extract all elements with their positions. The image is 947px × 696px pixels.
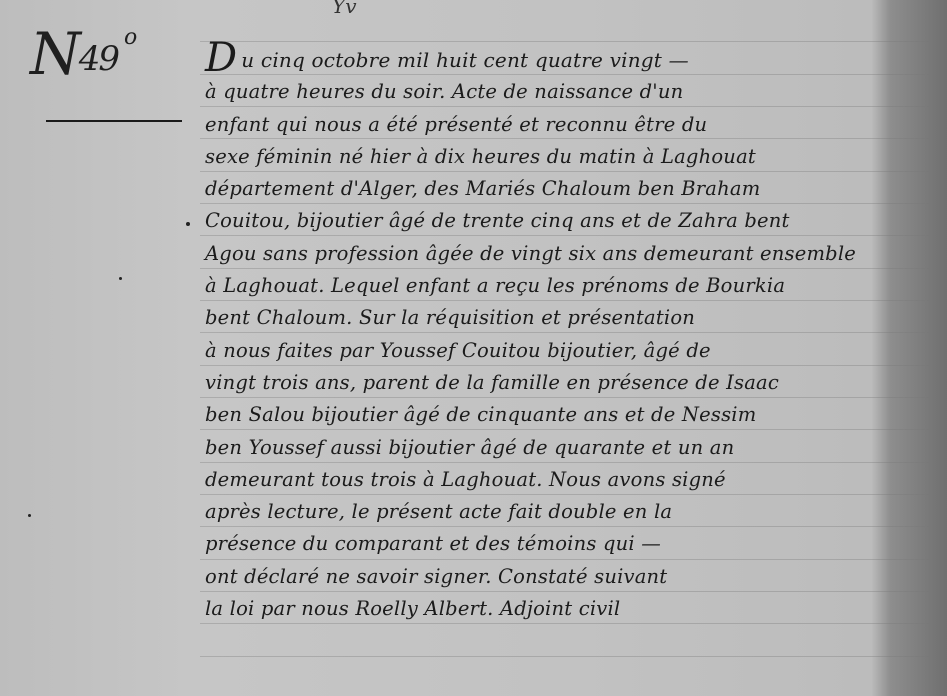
text-line: Du cinq octobre mil huit cent quatre vin… — [205, 44, 925, 76]
text-line: après lecture, le présent acte fait doub… — [205, 496, 925, 528]
top-annotation: Yv — [332, 0, 357, 18]
text-line: à quatre heures du soir. Acte de naissan… — [205, 76, 925, 108]
ruled-line — [200, 41, 930, 42]
act-text: Du cinq octobre mil huit cent quatre vin… — [205, 44, 925, 625]
act-number-underline — [46, 120, 182, 122]
text-line: la loi par nous Roelly Albert. Adjoint c… — [205, 593, 925, 625]
act-number-value: 49 — [79, 39, 118, 79]
ink-speck — [186, 222, 190, 226]
text-line: à nous faites par Youssef Couitou bijout… — [205, 335, 925, 367]
act-number: N49o — [30, 20, 135, 88]
ink-speck — [28, 514, 31, 517]
text-line: ont déclaré ne savoir signer. Constaté s… — [205, 561, 925, 593]
text-line: Agou sans profession âgée de vingt six a… — [205, 238, 925, 270]
drop-cap: D — [205, 35, 237, 81]
text-line: demeurant tous trois à Laghouat. Nous av… — [205, 464, 925, 496]
text-line: vingt trois ans, parent de la famille en… — [205, 367, 925, 399]
text-line: présence du comparant et des témoins qui… — [205, 528, 925, 560]
act-number-superscript: o — [124, 25, 135, 50]
text-line: Couitou, bijoutier âgé de trente cinq an… — [205, 205, 925, 237]
text-line: ben Youssef aussi bijoutier âgé de quara… — [205, 432, 925, 464]
text-line: sexe féminin né hier à dix heures du mat… — [205, 141, 925, 173]
text-line: enfant qui nous a été présenté et reconn… — [205, 109, 925, 141]
ruled-line — [200, 656, 930, 657]
text-line: département d'Alger, des Mariés Chaloum … — [205, 173, 925, 205]
text-line: bent Chaloum. Sur la réquisition et prés… — [205, 302, 925, 334]
register-page: N49o Yv Du cinq octobre mil huit cent qu… — [0, 0, 947, 696]
act-number-label: N — [30, 20, 79, 88]
text-line: à Laghouat. Lequel enfant a reçu les pré… — [205, 270, 925, 302]
text-line: ben Salou bijoutier âgé de cinquante ans… — [205, 399, 925, 431]
ink-speck — [119, 277, 122, 280]
